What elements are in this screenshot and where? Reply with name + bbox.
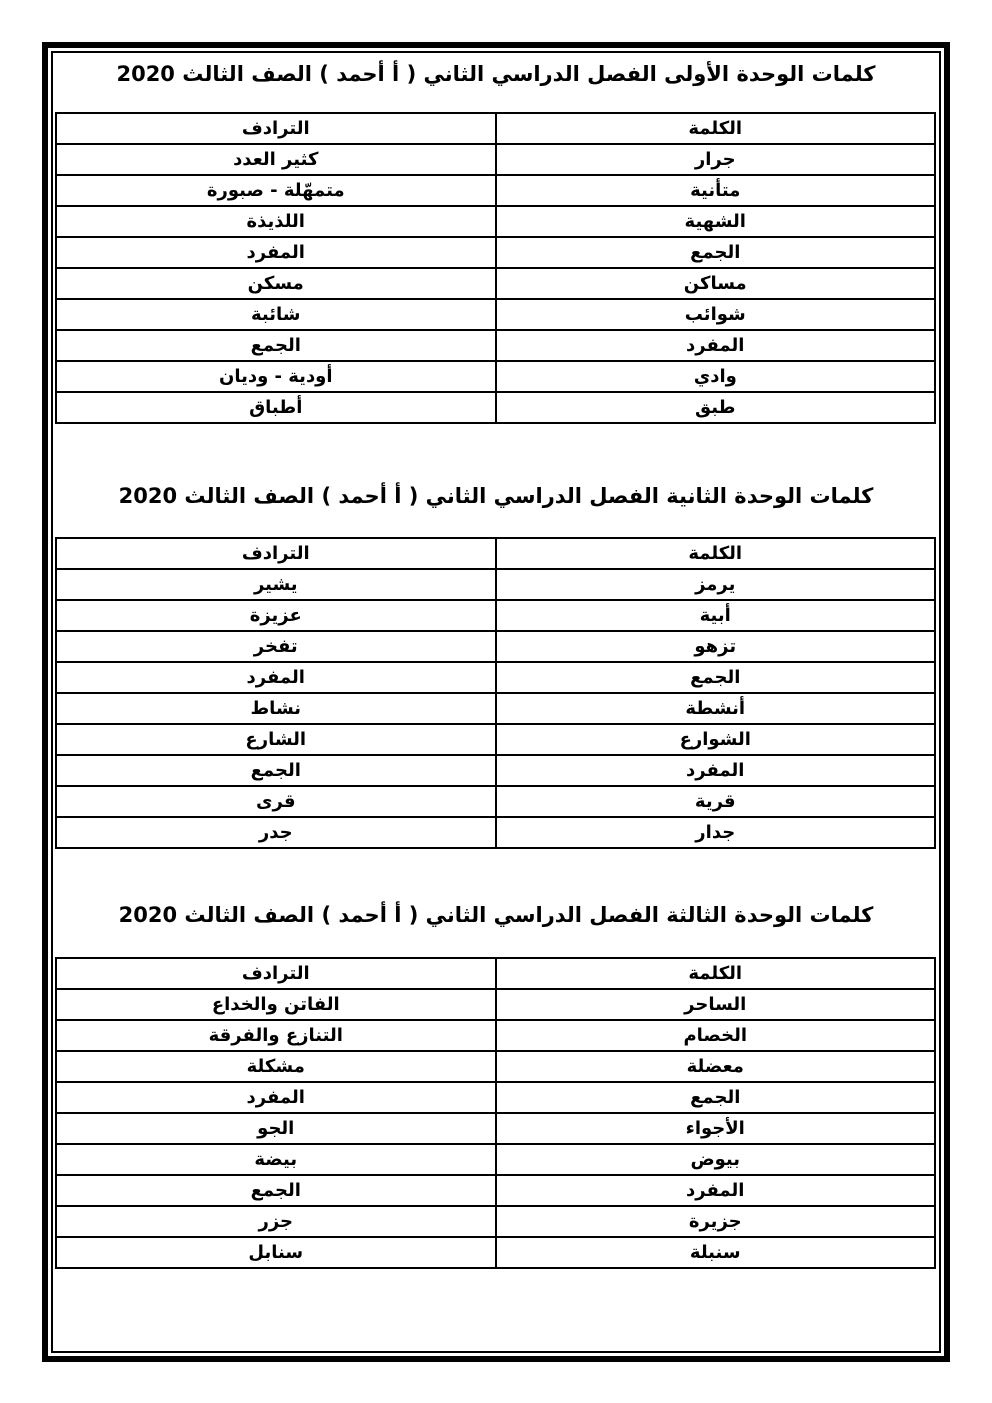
word-cell: جرار <box>496 144 936 175</box>
unit-3-title: كلمات الوحدة الثالثة الفصل الدراسي الثان… <box>56 899 936 931</box>
synonym-cell: المفرد <box>56 237 496 268</box>
table-row: المفرد الجمع <box>56 330 935 361</box>
synonym-cell: يشير <box>56 569 496 600</box>
synonym-cell: سنابل <box>56 1237 496 1268</box>
word-column-header: الكلمة <box>496 958 936 989</box>
word-cell: تزهو <box>496 631 936 662</box>
synonym-cell: الجو <box>56 1113 496 1144</box>
table-row: جدار جدر <box>56 817 935 848</box>
word-cell: الساحر <box>496 989 936 1020</box>
word-cell: الجمع <box>496 1082 936 1113</box>
table-row: أبية عزيزة <box>56 600 935 631</box>
table-row: الجمع المفرد <box>56 662 935 693</box>
synonym-cell: الجمع <box>56 755 496 786</box>
table-row: الشهية اللذيذة <box>56 206 935 237</box>
table-row: تزهو تفخر <box>56 631 935 662</box>
synonym-cell: مسكن <box>56 268 496 299</box>
word-cell: المفرد <box>496 330 936 361</box>
word-cell: الشوارع <box>496 724 936 755</box>
word-cell: الجمع <box>496 237 936 268</box>
word-cell: أبية <box>496 600 936 631</box>
synonym-cell: شائبة <box>56 299 496 330</box>
word-cell: مساكن <box>496 268 936 299</box>
synonym-cell: جدر <box>56 817 496 848</box>
word-column-header: الكلمة <box>496 113 936 144</box>
synonym-cell: متمهّلة - صبورة <box>56 175 496 206</box>
word-cell: المفرد <box>496 755 936 786</box>
unit-1-title: كلمات الوحدة الأولى الفصل الدراسي الثاني… <box>56 58 936 90</box>
synonym-cell: المفرد <box>56 662 496 693</box>
unit-3-vocab-table: الكلمة الترادف الساحر الفاتن والخداع الخ… <box>55 957 936 1269</box>
table-header-row: الكلمة الترادف <box>56 538 935 569</box>
synonym-column-header: الترادف <box>56 538 496 569</box>
word-cell: سنبلة <box>496 1237 936 1268</box>
synonym-cell: كثير العدد <box>56 144 496 175</box>
word-cell: يرمز <box>496 569 936 600</box>
unit-2-vocab-table: الكلمة الترادف يرمز يشير أبية عزيزة تزهو… <box>55 537 936 849</box>
table-row: الأجواء الجو <box>56 1113 935 1144</box>
table-row: بيوض بيضة <box>56 1144 935 1175</box>
word-cell: المفرد <box>496 1175 936 1206</box>
table-row: معضلة مشكلة <box>56 1051 935 1082</box>
synonym-cell: الجمع <box>56 1175 496 1206</box>
word-cell: طبق <box>496 392 936 423</box>
synonym-cell: المفرد <box>56 1082 496 1113</box>
word-cell: الجمع <box>496 662 936 693</box>
unit-2-title: كلمات الوحدة الثانية الفصل الدراسي الثان… <box>56 480 936 512</box>
table-row: طبق أطباق <box>56 392 935 423</box>
table-row: المفرد الجمع <box>56 1175 935 1206</box>
unit-1-vocab-table: الكلمة الترادف جرار كثير العدد متأنية مت… <box>55 112 936 424</box>
synonym-cell: أطباق <box>56 392 496 423</box>
synonym-cell: الجمع <box>56 330 496 361</box>
table-header-row: الكلمة الترادف <box>56 958 935 989</box>
synonym-cell: بيضة <box>56 1144 496 1175</box>
word-cell: الأجواء <box>496 1113 936 1144</box>
word-cell: الشهية <box>496 206 936 237</box>
table-row: المفرد الجمع <box>56 755 935 786</box>
word-cell: قرية <box>496 786 936 817</box>
table-row: شوائب شائبة <box>56 299 935 330</box>
synonym-cell: نشاط <box>56 693 496 724</box>
synonym-cell: الفاتن والخداع <box>56 989 496 1020</box>
table-row: أنشطة نشاط <box>56 693 935 724</box>
table-row: الجمع المفرد <box>56 237 935 268</box>
synonym-column-header: الترادف <box>56 113 496 144</box>
word-cell: متأنية <box>496 175 936 206</box>
table-row: سنبلة سنابل <box>56 1237 935 1268</box>
synonym-cell: تفخر <box>56 631 496 662</box>
table-row: الساحر الفاتن والخداع <box>56 989 935 1020</box>
table-row: الجمع المفرد <box>56 1082 935 1113</box>
synonym-cell: الشارع <box>56 724 496 755</box>
table-row: متأنية متمهّلة - صبورة <box>56 175 935 206</box>
synonym-cell: التنازع والفرقة <box>56 1020 496 1051</box>
word-cell: أنشطة <box>496 693 936 724</box>
document-page: { "page": { "background_color": "#ffffff… <box>0 0 992 1403</box>
table-row: مساكن مسكن <box>56 268 935 299</box>
synonym-cell: عزيزة <box>56 600 496 631</box>
table-row: جرار كثير العدد <box>56 144 935 175</box>
table-row: جزيرة جزر <box>56 1206 935 1237</box>
synonym-column-header: الترادف <box>56 958 496 989</box>
table-header-row: الكلمة الترادف <box>56 113 935 144</box>
table-row: وادي أودية - وديان <box>56 361 935 392</box>
table-row: الخصام التنازع والفرقة <box>56 1020 935 1051</box>
synonym-cell: اللذيذة <box>56 206 496 237</box>
word-cell: جزيرة <box>496 1206 936 1237</box>
word-cell: جدار <box>496 817 936 848</box>
synonym-cell: قرى <box>56 786 496 817</box>
word-cell: معضلة <box>496 1051 936 1082</box>
synonym-cell: جزر <box>56 1206 496 1237</box>
synonym-cell: مشكلة <box>56 1051 496 1082</box>
synonym-cell: أودية - وديان <box>56 361 496 392</box>
table-row: قرية قرى <box>56 786 935 817</box>
word-cell: بيوض <box>496 1144 936 1175</box>
word-cell: الخصام <box>496 1020 936 1051</box>
word-column-header: الكلمة <box>496 538 936 569</box>
table-row: يرمز يشير <box>56 569 935 600</box>
word-cell: وادي <box>496 361 936 392</box>
table-row: الشوارع الشارع <box>56 724 935 755</box>
word-cell: شوائب <box>496 299 936 330</box>
